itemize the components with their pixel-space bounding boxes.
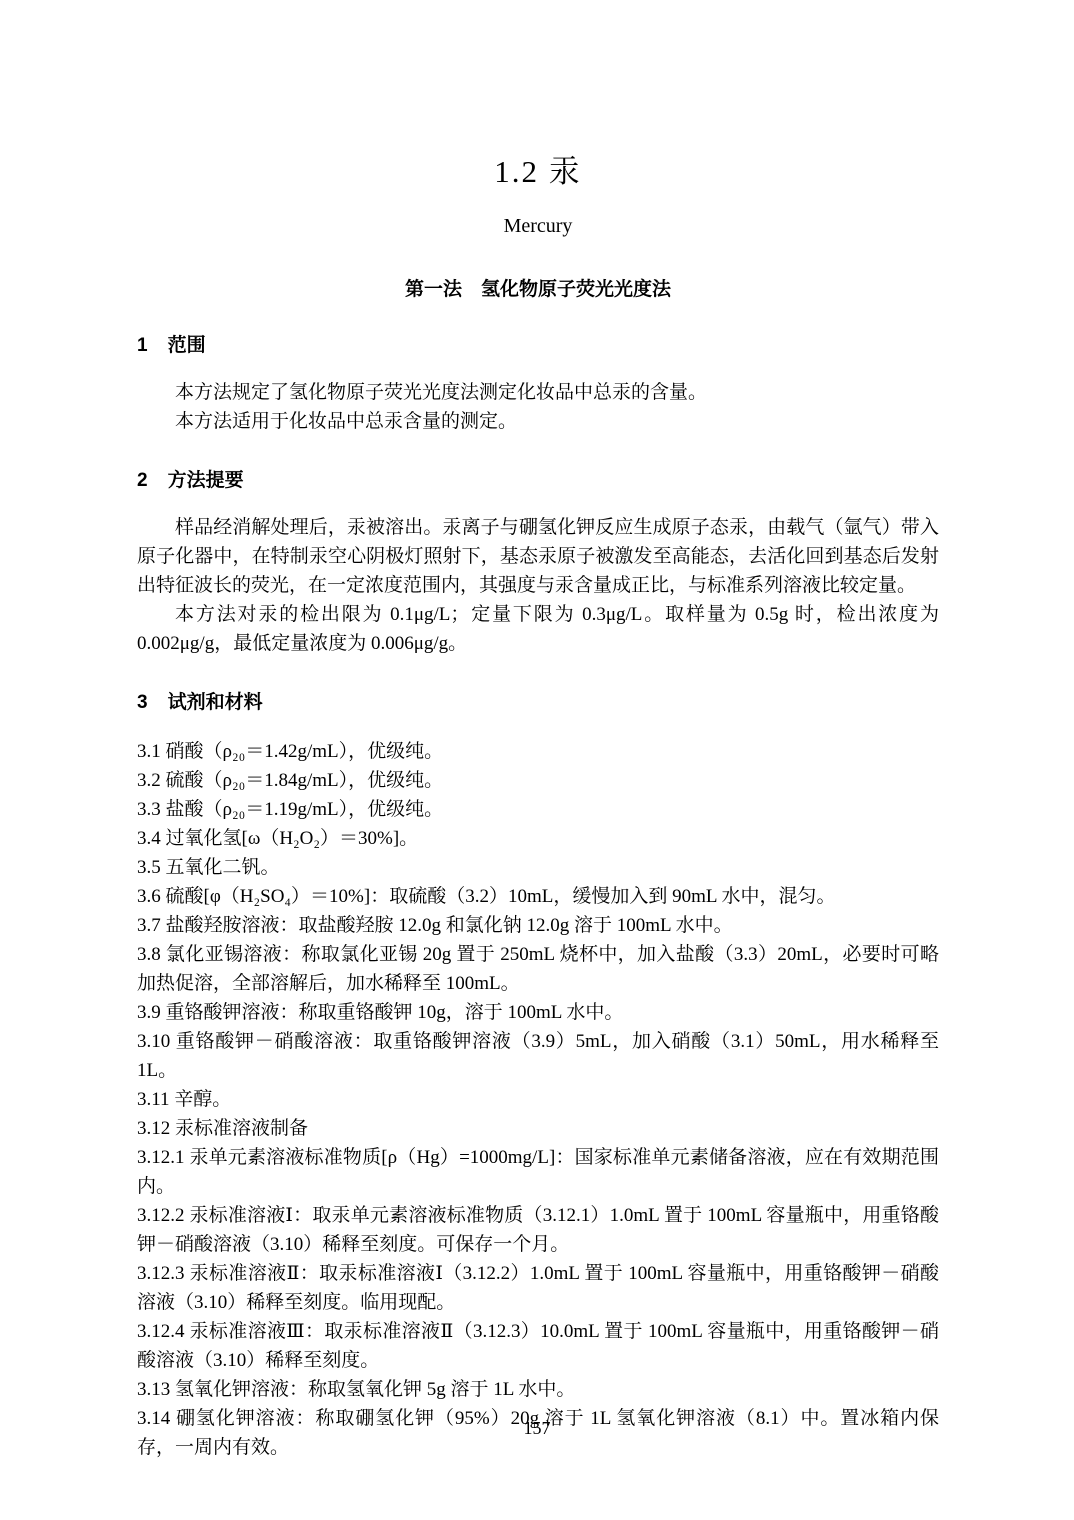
- reagent-number: 3.2: [137, 770, 161, 791]
- reagent-text: 汞标准溶液Ⅱ：取汞标准溶液Ⅰ（3.12.2）1.0mL 置于 100mL 容量瓶…: [137, 1263, 939, 1313]
- section-2-heading: 2方法提要: [137, 465, 939, 492]
- section-2-body: 样品经消解处理后，汞被溶出。汞离子与硼氢化钾反应生成原子态汞，由载气（氩气）带入…: [137, 513, 939, 658]
- reagent-item: 3.7 盐酸羟胺溶液：取盐酸羟胺 12.0g 和氯化钠 12.0g 溶于 100…: [137, 911, 939, 940]
- section-2-title: 方法提要: [168, 470, 244, 491]
- reagent-text: 盐酸羟胺溶液：取盐酸羟胺 12.0g 和氯化钠 12.0g 溶于 100mL 水…: [166, 915, 733, 936]
- reagent-text: 硝酸（ρ₂₀＝1.42g/mL），优级纯。: [166, 741, 444, 762]
- reagent-item: 3.12.2 汞标准溶液Ⅰ：取汞单元素溶液标准物质（3.12.1）1.0mL 置…: [137, 1201, 939, 1259]
- reagent-text: 五氧化二钒。: [166, 857, 280, 878]
- reagent-item: 3.13 氢氧化钾溶液：称取氢氧化钾 5g 溶于 1L 水中。: [137, 1375, 939, 1404]
- section-3-heading: 3试剂和材料: [137, 687, 939, 714]
- reagent-item: 3.6 硫酸[φ（H₂SO₄）＝10%]：取硫酸（3.2）10mL，缓慢加入到 …: [137, 882, 939, 911]
- reagent-text: 氢氧化钾溶液：称取氢氧化钾 5g 溶于 1L 水中。: [175, 1379, 575, 1400]
- reagent-item: 3.5 五氧化二钒。: [137, 853, 939, 882]
- section-1-number: 1: [137, 335, 148, 357]
- section-reagents-materials: 3试剂和材料 3.1 硝酸（ρ₂₀＝1.42g/mL），优级纯。 3.2 硫酸（…: [137, 687, 939, 1462]
- reagent-number: 3.12.4: [137, 1321, 185, 1342]
- section-1-body: 本方法规定了氢化物原子荧光光度法测定化妆品中总汞的含量。 本方法适用于化妆品中总…: [137, 378, 939, 436]
- reagent-text: 氯化亚锡溶液：称取氯化亚锡 20g 置于 250mL 烧杯中，加入盐酸（3.3）…: [137, 944, 939, 994]
- paragraph: 本方法规定了氢化物原子荧光光度法测定化妆品中总汞的含量。: [137, 378, 939, 407]
- page-number: 157: [0, 1418, 1074, 1439]
- reagent-number: 3.12: [137, 1118, 170, 1139]
- reagent-number: 3.11: [137, 1089, 170, 1110]
- reagent-number: 3.3: [137, 799, 161, 820]
- paragraph: 本方法对汞的检出限为 0.1μg/L；定量下限为 0.3μg/L。取样量为 0.…: [137, 600, 939, 658]
- reagent-number: 3.12.2: [137, 1205, 185, 1226]
- section-2-number: 2: [137, 470, 148, 492]
- reagent-number: 3.5: [137, 857, 161, 878]
- document-page: 1.2 汞 Mercury 第一法 氢化物原子荧光光度法 1范围 本方法规定了氢…: [0, 0, 1074, 1520]
- page-title: 1.2 汞: [137, 146, 939, 191]
- reagent-number: 3.1: [137, 741, 161, 762]
- paragraph: 样品经消解处理后，汞被溶出。汞离子与硼氢化钾反应生成原子态汞，由载气（氩气）带入…: [137, 513, 939, 600]
- reagent-number: 3.9: [137, 1002, 161, 1023]
- reagent-text: 重铬酸钾－硝酸溶液：取重铬酸钾溶液（3.9）5mL，加入硝酸（3.1）50mL，…: [137, 1031, 939, 1081]
- page-subtitle-english: Mercury: [137, 215, 939, 238]
- reagent-item: 3.1 硝酸（ρ₂₀＝1.42g/mL），优级纯。: [137, 737, 939, 766]
- section-1-title: 范围: [168, 335, 206, 356]
- reagent-item: 3.3 盐酸（ρ₂₀＝1.19g/mL），优级纯。: [137, 795, 939, 824]
- reagent-number: 3.4: [137, 828, 161, 849]
- reagent-list: 3.1 硝酸（ρ₂₀＝1.42g/mL），优级纯。 3.2 硫酸（ρ₂₀＝1.8…: [137, 737, 939, 1462]
- paragraph: 本方法适用于化妆品中总汞含量的测定。: [137, 407, 939, 436]
- reagent-item: 3.12.4 汞标准溶液Ⅲ：取汞标准溶液Ⅱ（3.12.3）10.0mL 置于 1…: [137, 1317, 939, 1375]
- section-method-summary: 2方法提要 样品经消解处理后，汞被溶出。汞离子与硼氢化钾反应生成原子态汞，由载气…: [137, 465, 939, 658]
- section-scope: 1范围 本方法规定了氢化物原子荧光光度法测定化妆品中总汞的含量。 本方法适用于化…: [137, 330, 939, 436]
- reagent-number: 3.8: [137, 944, 161, 965]
- method-heading: 第一法 氢化物原子荧光光度法: [137, 274, 939, 301]
- reagent-item: 3.4 过氧化氢[ω（H₂O₂）＝30%]。: [137, 824, 939, 853]
- reagent-number: 3.7: [137, 915, 161, 936]
- reagent-number: 3.12.1: [137, 1147, 185, 1168]
- reagent-number: 3.6: [137, 886, 161, 907]
- reagent-text: 辛醇。: [174, 1089, 231, 1110]
- reagent-text: 汞单元素溶液标准物质[ρ（Hg）=1000mg/L]：国家标准单元素储备溶液，应…: [137, 1147, 939, 1197]
- reagent-text: 汞标准溶液制备: [175, 1118, 308, 1139]
- reagent-text: 过氧化氢[ω（H₂O₂）＝30%]。: [166, 828, 419, 849]
- reagent-item: 3.9 重铬酸钾溶液：称取重铬酸钾 10g，溶于 100mL 水中。: [137, 998, 939, 1027]
- reagent-item: 3.2 硫酸（ρ₂₀＝1.84g/mL），优级纯。: [137, 766, 939, 795]
- stray-mark: [322, 642, 325, 645]
- reagent-text: 盐酸（ρ₂₀＝1.19g/mL），优级纯。: [166, 799, 444, 820]
- section-3-title: 试剂和材料: [168, 692, 263, 713]
- reagent-item: 3.11 辛醇。: [137, 1085, 939, 1114]
- reagent-text: 硫酸（ρ₂₀＝1.84g/mL），优级纯。: [166, 770, 444, 791]
- reagent-text: 重铬酸钾溶液：称取重铬酸钾 10g，溶于 100mL 水中。: [166, 1002, 624, 1023]
- reagent-number: 3.12.3: [137, 1263, 185, 1284]
- reagent-item: 3.10 重铬酸钾－硝酸溶液：取重铬酸钾溶液（3.9）5mL，加入硝酸（3.1）…: [137, 1027, 939, 1085]
- reagent-item: 3.12.3 汞标准溶液Ⅱ：取汞标准溶液Ⅰ（3.12.2）1.0mL 置于 10…: [137, 1259, 939, 1317]
- reagent-text: 汞标准溶液Ⅰ：取汞单元素溶液标准物质（3.12.1）1.0mL 置于 100mL…: [137, 1205, 939, 1255]
- reagent-item: 3.12.1 汞单元素溶液标准物质[ρ（Hg）=1000mg/L]：国家标准单元…: [137, 1143, 939, 1201]
- reagent-number: 3.10: [137, 1031, 170, 1052]
- section-1-heading: 1范围: [137, 330, 939, 357]
- reagent-item: 3.12 汞标准溶液制备: [137, 1114, 939, 1143]
- reagent-text: 汞标准溶液Ⅲ：取汞标准溶液Ⅱ（3.12.3）10.0mL 置于 100mL 容量…: [137, 1321, 939, 1371]
- section-3-number: 3: [137, 692, 148, 714]
- reagent-text: 硫酸[φ（H₂SO₄）＝10%]：取硫酸（3.2）10mL，缓慢加入到 90mL…: [166, 886, 836, 907]
- reagent-item: 3.8 氯化亚锡溶液：称取氯化亚锡 20g 置于 250mL 烧杯中，加入盐酸（…: [137, 940, 939, 998]
- reagent-number: 3.13: [137, 1379, 170, 1400]
- document-content: 1.2 汞 Mercury 第一法 氢化物原子荧光光度法 1范围 本方法规定了氢…: [137, 0, 939, 1462]
